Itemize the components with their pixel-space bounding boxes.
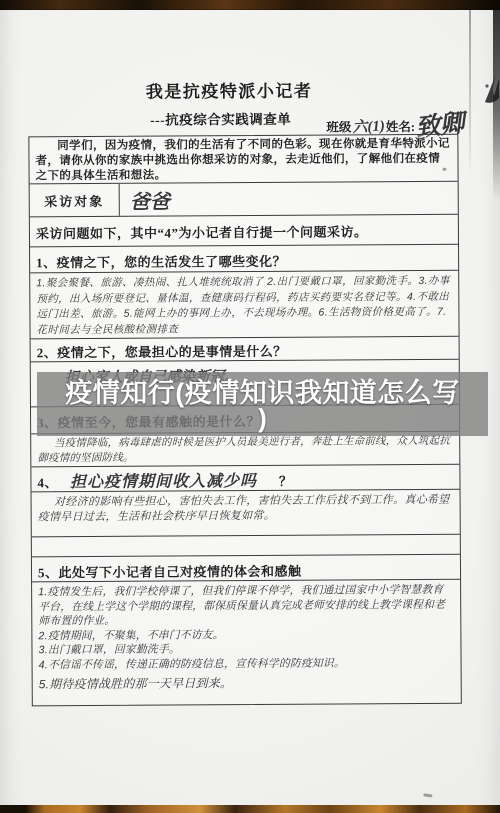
section-5-answer: 1.疫情发生后，我们学校停课了，但我们停课不停学，我们通过国家中小学智慧教育平台… bbox=[32, 580, 461, 706]
answer-1-handwritten: 1.聚会聚餐、旅游、凑热闹、扎人堆统统取消了 2.出门要戴口罩，回家勤洗手。3.… bbox=[30, 271, 458, 340]
watermark-text-line2: ) bbox=[37, 405, 488, 431]
section-5-label: 5、此处写下小记者自己对疫情的体会和感触 bbox=[32, 555, 460, 583]
section-5-item-4: 4.不信谣不传谣，传递正确的防疫信息，宣传科学的防疫知识。 bbox=[39, 655, 455, 672]
intro-paragraph: 同学们，因为疫情，我们的生活有了不同的色彩。现在你就是育华特派小记者，请你从你的… bbox=[29, 135, 457, 185]
form-title: 我是抗疫特派小记者 bbox=[0, 76, 460, 104]
interview-note: 采访问题如下，其中“4”为小记者自行提一个问题采访。 bbox=[30, 215, 458, 248]
form-subtitle: ---抗疫综合实践调查单 bbox=[150, 108, 291, 129]
question-4-handwritten: 担心疫情期间收入减少吗 bbox=[70, 473, 257, 491]
interview-subject-row: 采访对象 爸爸 bbox=[30, 182, 458, 218]
interview-subject-label: 采访对象 bbox=[30, 184, 120, 217]
section-5-item-5: 5.期待疫情战胜的那一天早日到来。 bbox=[39, 675, 455, 692]
photo-of-survey-form: 我是抗疫特派小记者 ---抗疫综合实践调查单 班级六(1)姓名:致卿 同学们，因… bbox=[0, 0, 500, 813]
question-2: 2、疫情之下，您最担心的是事情是什么？ bbox=[31, 337, 459, 363]
watermark-text-line1: 疫情知行(疫情知识我知道怎么写 bbox=[37, 372, 488, 407]
name-label: 姓名: bbox=[386, 120, 415, 134]
ink-mark bbox=[482, 72, 500, 106]
question-4-mark: ？ bbox=[279, 474, 293, 489]
page-edge-line bbox=[469, 8, 471, 178]
question-4-blank-line: 担心疫情期间收入减少吗？ bbox=[62, 468, 299, 493]
photo-speck bbox=[423, 793, 432, 797]
answer-3-handwritten: 当疫情降临，病毒肆虐的时候是医护人员最美逆行者，奔赴上生命前线，众人筑起抗御疫情… bbox=[31, 432, 459, 468]
answer-4-handwritten: 对经济的影响有些担心，害怕失去工作，害怕失去工作后找不到工作。真心希望疫情早日过… bbox=[32, 490, 460, 538]
empty-row bbox=[32, 535, 460, 558]
question-4-row: 4、担心疫情期间收入减少吗？ bbox=[31, 465, 459, 493]
section-5-item-1: 1.疫情发生后，我们学校停课了，但我们停课不停学，我们通过国家中小学智慧教育平台… bbox=[38, 583, 454, 629]
photo-speck bbox=[443, 168, 447, 171]
interview-subject-value-handwritten: 爸爸 bbox=[120, 183, 170, 215]
desk-edge-top bbox=[0, 0, 500, 10]
class-label: 班级 bbox=[326, 120, 351, 134]
desk-edge-bottom bbox=[0, 805, 500, 813]
question-4-number: 4、 bbox=[37, 475, 58, 490]
question-1: 1、疫情之下，您的生活发生了哪些变化？ bbox=[30, 245, 458, 274]
watermark-banner: 疫情知行(疫情知识我知道怎么写 ) bbox=[37, 372, 488, 436]
